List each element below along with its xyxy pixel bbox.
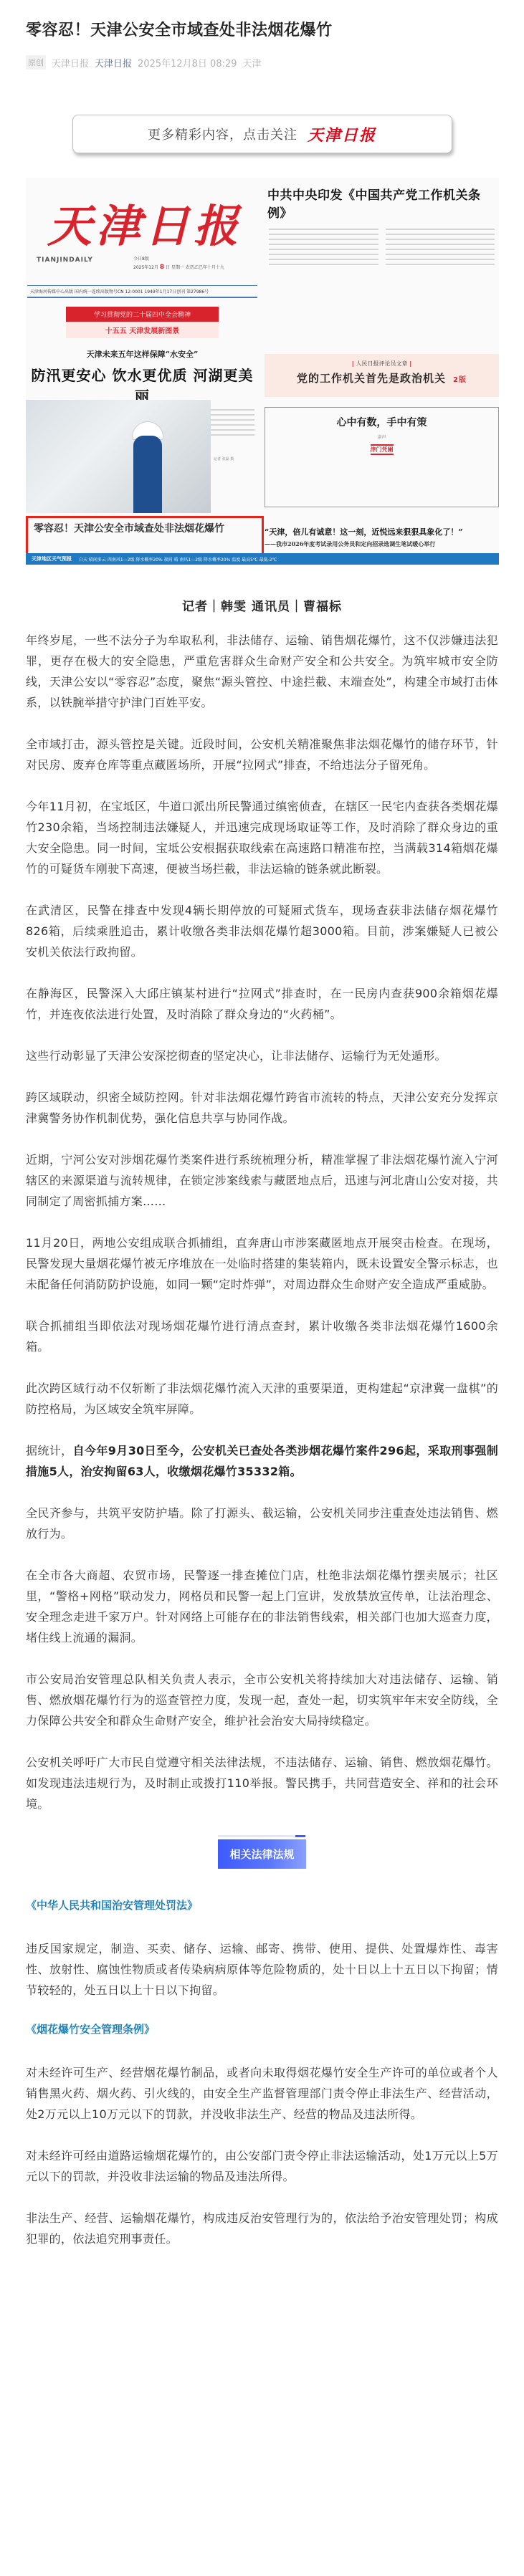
- newspaper-right-column: 中共中央印发《中国共产党工作机关条例》 | 人民日报评论员文章 | 党的工作机关…: [265, 178, 499, 565]
- byline: 记者｜韩雯 通讯员｜曹福标: [26, 596, 498, 614]
- essay-author: 津声: [265, 434, 498, 440]
- right-body-text: [265, 225, 499, 347]
- paragraph: 今年11月初，在宝坻区，牛道口派出所民警通过缜密侦查，在辖区一民宅内查获各类烟花…: [26, 796, 498, 879]
- article-body: 年终岁尾，一些不法分子为牟取私利，非法储存、运输、销售烟花爆竹，这不仅涉嫌违法犯…: [26, 630, 498, 2249]
- commentary-headline: 党的工作机关首先是政治机关2版: [265, 370, 499, 386]
- news-photo: [26, 400, 211, 513]
- weather-bar: 天津地区天气预报 白天 晴间多云 西南风1—2级 降水概率20% 夜间 晴 南风…: [26, 553, 499, 565]
- paragraph: 近期，宁河公安对涉烟花爆竹类案件进行系统梳理分析，精准掌握了非法烟花爆竹流入宁河…: [26, 1149, 498, 1212]
- newspaper-left-column: 天津日报 TIANJINDAILY 今日8版 2025年12月 8 日 星期一 …: [26, 178, 259, 565]
- paragraph: 公安机关呼吁广大市民自觉遵守相关法律法规，不违法储存、运输、销售、燃放烟花爆竹。…: [26, 1752, 498, 1814]
- photo-credit: 记者 张磊 摄: [214, 457, 257, 462]
- masthead: 天津日报 TIANJINDAILY 今日8版 2025年12月 8 日 星期一 …: [26, 178, 259, 285]
- essay-column-tag: 津门凭阑: [371, 444, 394, 455]
- date-suffix: 日 星期一 农历乙巳年十月十九: [166, 265, 224, 270]
- article-page: 零容忍！天津公安全市域查处非法烟花爆竹 原创 天津日报 天津日报 2025年12…: [0, 0, 524, 99]
- paragraph: 跨区域联动，织密全域防控网。针对非法烟花爆竹跨省市流转的特点，天津公安充分发挥京…: [26, 1087, 498, 1129]
- paragraph: 联合抓捕组当即依法对现场烟花爆竹进行清点查封，累计收缴各类非法烟花爆竹1600余…: [26, 1316, 498, 1357]
- study-banner: 学习贯彻党的二十届四中全会精神 十五五 天津发展新图景: [66, 307, 219, 338]
- right-headline: 中共中央印发《中国共产党工作机关条例》: [265, 178, 499, 225]
- study-banner-top: 学习贯彻党的二十届四中全会精神: [66, 307, 219, 322]
- weather-label: 天津地区天气预报: [32, 555, 72, 562]
- laws-section-tag: 相关法律法规: [218, 1839, 305, 1869]
- paragraph: 在全市各大商超、农贸市场，民警逐一排查摊位门店，杜绝非法烟花爆竹摆卖展示；社区里…: [26, 1565, 498, 1648]
- law-paragraph: 非法生产、经营、运输烟花爆竹，构成违反治安管理行为的，依法给予治安管理处罚；构成…: [26, 2208, 498, 2249]
- essay-title: 心中有数，手中有策: [265, 415, 498, 429]
- paragraph: 全市域打击，源头管控是关键。近段时间，公安机关精准聚焦非法烟花爆竹的储存环节，针…: [26, 734, 498, 775]
- publication-bar: 天津海河传媒中心出版 国内统一连续出版物号CN 12-0001 1949年1月1…: [27, 285, 257, 298]
- follow-banner[interactable]: 更多精彩内容，点击关注 天津日报: [72, 115, 452, 153]
- quote-subheadline: ——我市2026年度考试录用公务员和定向招录选调生笔试暖心举行: [265, 540, 499, 548]
- paragraph: 市公安局治安管理总队相关负责人表示，全市公安机关将持续加大对违法储存、运输、销售…: [26, 1669, 498, 1731]
- paragraph: 在武清区，民警在排查中发现4辆长期停放的可疑厢式货车，现场查获非法储存烟花爆竹8…: [26, 900, 498, 962]
- follow-banner-wrap: 更多精彩内容，点击关注 天津日报: [0, 99, 524, 153]
- masthead-logo: 天津日报: [47, 191, 242, 254]
- law-title: 《中华人民共和国治安管理处罚法》: [26, 1897, 498, 1912]
- author-name: 天津日报: [52, 56, 89, 70]
- paragraph: 此次跨区域行动不仅斩断了非法烟花爆竹流入天津的重要渠道，更构建起“京津冀一盘棋”…: [26, 1378, 498, 1419]
- stats-prefix: 据统计，: [26, 1444, 73, 1457]
- article-body-wrap: 记者｜韩雯 通讯员｜曹福标 年终岁尾，一些不法分子为牟取私利，非法储存、运输、销…: [0, 596, 524, 2299]
- paragraph: 年终岁尾，一些不法分子为牟取私利，非法储存、运输、销售烟花爆竹，这不仅涉嫌违法犯…: [26, 630, 498, 713]
- essay-box: 心中有数，手中有策 津声 津门凭阑: [265, 407, 499, 507]
- weather-text: 白天 晴间多云 西南风1—2级 降水概率20% 夜间 晴 南风1—2级 降水概率…: [79, 556, 277, 562]
- publish-datetime: 2025年12月8日 08:29: [138, 56, 237, 70]
- publish-location: 天津: [243, 56, 262, 70]
- paragraph: 全民齐参与，共筑平安防护墙。除了打源头、截运输，公安机关同步注重查处违法销售、燃…: [26, 1503, 498, 1544]
- quote-headline: “天津，倍儿有诚意！这一刻，近悦远来狠狠具象化了！”: [265, 526, 499, 537]
- highlighted-article-title: 零容忍！天津公安全市域查处非法烟花爆竹: [28, 518, 262, 538]
- commentary-tag: | 人民日报评论员文章 |: [265, 354, 499, 368]
- law-paragraph: 对未经许可经由道路运输烟花爆竹的，由公安部门责令停止非法运输活动，处1万元以上5…: [26, 2145, 498, 2187]
- left-subhead: 天津未来五年这样保障“水安全”: [26, 348, 259, 360]
- brand-logo: 天津日报: [308, 123, 376, 145]
- worker-shape: [133, 436, 162, 513]
- newspaper-front-page-image: 天津日报 TIANJINDAILY 今日8版 2025年12月 8 日 星期一 …: [26, 178, 499, 565]
- date-prefix: 2025年12月: [133, 265, 158, 270]
- commentary-box: | 人民日报评论员文章 | 党的工作机关首先是政治机关2版: [265, 354, 499, 397]
- masthead-english: TIANJINDAILY: [37, 257, 93, 264]
- stats-paragraph: 据统计，自今年9月30日至今，公安机关已查处各类涉烟花爆竹案件296起，采取刑事…: [26, 1440, 498, 1482]
- laws-section-header: 相关法律法规: [26, 1835, 498, 1869]
- date-day: 8: [160, 264, 164, 271]
- original-badge: 原创: [26, 55, 46, 70]
- study-banner-bottom: 十五五 天津发展新图景: [66, 322, 219, 338]
- stats-bold: 自今年9月30日至今，公安机关已查处各类涉烟花爆竹案件296起，采取刑事强制措施…: [26, 1444, 498, 1478]
- account-link[interactable]: 天津日报: [95, 56, 132, 70]
- page-count: 今日8版: [133, 255, 149, 262]
- paragraph: 11月20日，两地公安组成联合抓捕组，直奔唐山市涉案藏匿地点开展突击检查。在现场…: [26, 1232, 498, 1295]
- paragraph: 这些行动彰显了天津公安深挖彻查的坚定决心，让非法储存、运输行为无处遁形。: [26, 1045, 498, 1066]
- follow-banner-text: 更多精彩内容，点击关注: [148, 125, 297, 143]
- article-title: 零容忍！天津公安全市域查处非法烟花爆竹: [26, 0, 498, 42]
- article-meta: 原创 天津日报 天津日报 2025年12月8日 08:29 天津: [26, 54, 498, 70]
- paragraph: 在静海区，民警深入大邱庄镇某村进行“拉网式”排查时，在一民房内查获900余箱烟花…: [26, 983, 498, 1025]
- dateline: 2025年12月 8 日 星期一 农历乙巳年十月十九: [133, 264, 224, 271]
- law-paragraph: 违反国家规定，制造、买卖、储存、运输、邮寄、携带、使用、提供、处置爆炸性、毒害性…: [26, 1938, 498, 2001]
- law-paragraph: 对未经许可生产、经营烟花爆竹制品，或者向未取得烟花爆竹安全生产许可的单位或者个人…: [26, 2062, 498, 2125]
- law-title: 《烟花爆竹安全管理条例》: [26, 2021, 498, 2036]
- newspaper-wrap: 天津日报 TIANJINDAILY 今日8版 2025年12月 8 日 星期一 …: [0, 178, 524, 565]
